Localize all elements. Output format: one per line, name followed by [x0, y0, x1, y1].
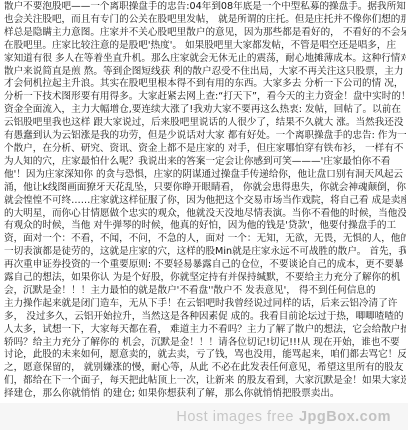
forum-post-text: 散户不要泡股吧——一个离职操盘手的忠告:04年到08年底是一个中型私募的操盘手。… — [4, 1, 406, 403]
watermark-bar: Host images free JpgBox.com — [0, 403, 408, 430]
watermark-brand: JpgBox.com — [299, 409, 391, 425]
watermark-text: Host images free — [176, 409, 294, 425]
